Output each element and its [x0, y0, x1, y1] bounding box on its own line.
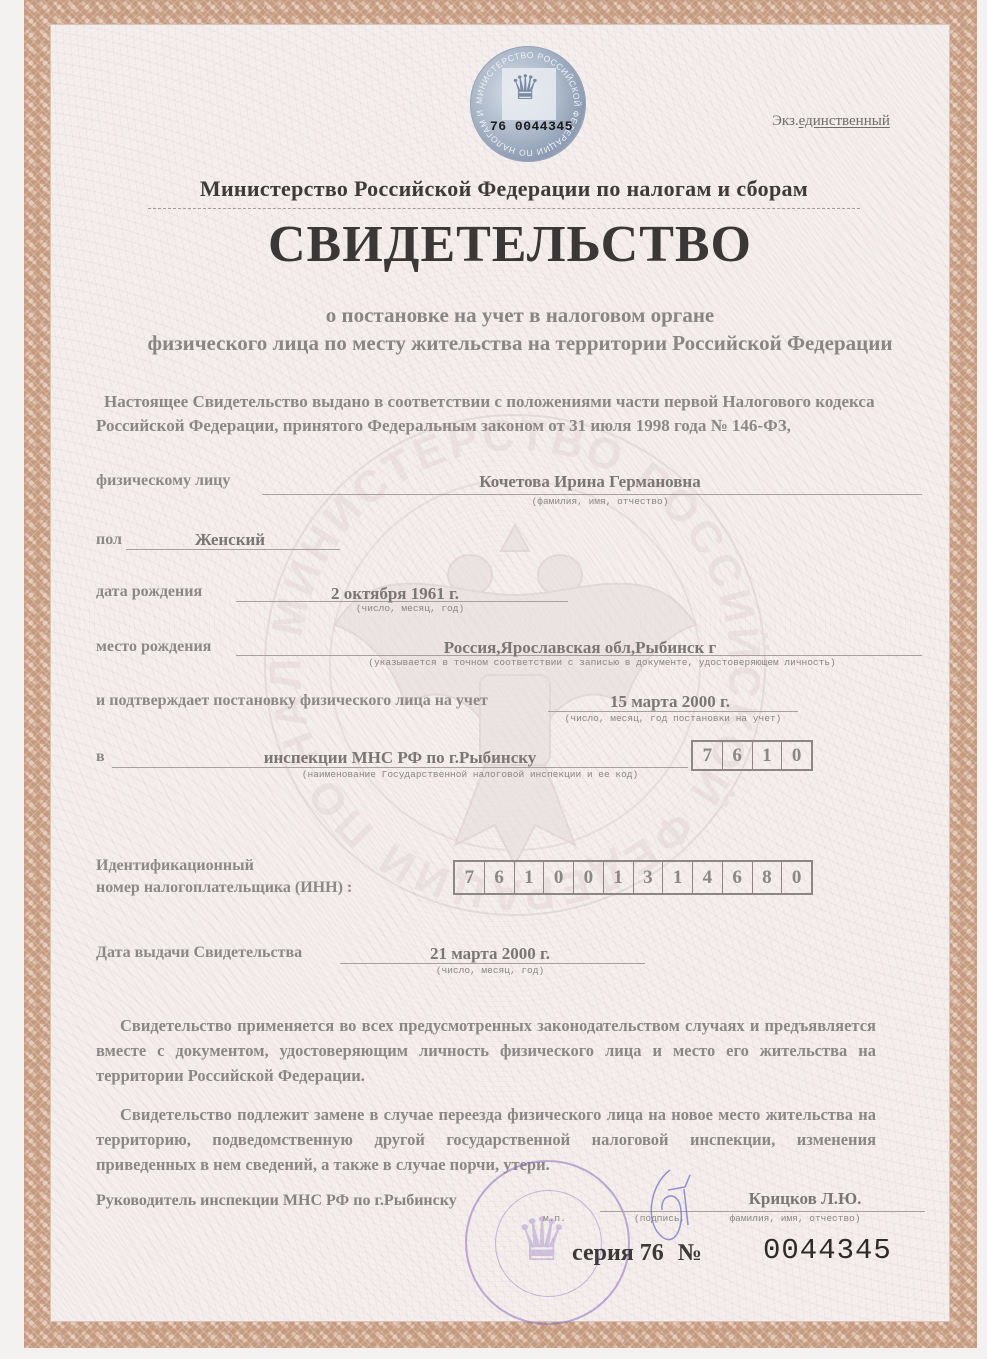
issue-date-value: 21 марта 2000 г. — [400, 944, 580, 964]
hologram-number: 76 0044345 — [490, 119, 573, 134]
issue-date-label: Дата выдачи Свидетельства — [96, 944, 302, 962]
intro-paragraph: Настоящее Свидетельство выдано в соответ… — [96, 390, 938, 438]
inn-digit: 7 — [455, 862, 485, 893]
registration-hint: (число, месяц, год постановки на учет) — [548, 713, 798, 724]
replacement-paragraph: Свидетельство подлежит замене в случае п… — [96, 1102, 876, 1177]
birth-date-label: дата рождения — [96, 583, 202, 601]
inn-digit: 4 — [693, 862, 723, 893]
double-headed-eagle-icon: ♛ — [510, 72, 540, 106]
tax-office-code-digit: 6 — [723, 742, 753, 769]
tax-office-hint: (наименование Государственной налоговой … — [250, 769, 690, 780]
ministry-name: Министерство Российской Федерации по нал… — [148, 176, 860, 209]
series-word: серия — [572, 1240, 634, 1266]
head-name: Крицков Л.Ю. — [730, 1189, 880, 1209]
number-sign: № — [678, 1240, 702, 1266]
tax-office-code-digit: 0 — [782, 742, 811, 769]
tax-office-label: в — [96, 748, 105, 766]
person-label: физическому лицу — [96, 472, 230, 490]
birth-place-label: место рождения — [96, 638, 211, 656]
copy-label: Экз.единственный — [772, 113, 890, 130]
series-value: 76 — [640, 1240, 664, 1266]
tax-office-code-box: 7610 — [691, 740, 813, 771]
head-position-label: Руководитель инспекции МНС РФ по г.Рыбин… — [96, 1192, 457, 1210]
inn-digit: 8 — [753, 862, 783, 893]
copy-label-value: единственный — [799, 113, 890, 129]
person-value: Кочетова Ирина Германовна — [420, 472, 760, 492]
birth-date-value: 2 октября 1961 г. — [300, 584, 490, 604]
inn-digit: 0 — [544, 862, 574, 893]
registration-value: 15 марта 2000 г. — [580, 692, 760, 712]
inn-label-line-2: номер налогоплательщика (ИНН) : — [96, 879, 352, 897]
tax-office-value: инспекции МНС РФ по г.Рыбинску — [230, 748, 570, 768]
inn-label-line-1: Идентификационный — [96, 857, 254, 875]
person-hint: (фамилия, имя, отчество) — [500, 496, 700, 507]
subtitle-line-1: о постановке на учет в налоговом органе — [100, 303, 940, 328]
registration-label: и подтверждает постановку физического ли… — [96, 692, 488, 710]
seal-hint: м.п. — [543, 1213, 566, 1224]
inn-box: 761001314680 — [453, 860, 813, 895]
tax-office-code-digit: 7 — [693, 742, 723, 769]
inn-digit: 1 — [604, 862, 634, 893]
document-title: СВИДЕТЕЛЬСТВО — [140, 215, 880, 274]
inn-digit: 0 — [574, 862, 604, 893]
inn-digit: 0 — [782, 862, 811, 893]
inn-digit: 3 — [634, 862, 664, 893]
birth-date-hint: (число, месяц, год) — [330, 603, 490, 614]
birth-place-hint: (указывается в точном соответствии с зап… — [322, 657, 882, 668]
inn-digit: 1 — [663, 862, 693, 893]
birth-place-value: Россия,Ярославская обл,Рыбинск г — [400, 638, 760, 658]
certificate-number: 0044345 — [763, 1234, 892, 1267]
inn-digit: 6 — [485, 862, 515, 893]
sex-value: Женский — [160, 530, 300, 550]
series-label: серия 76 № — [572, 1240, 702, 1267]
subtitle-line-2: физического лица по месту жительства на … — [100, 331, 940, 356]
issue-date-hint: (число, месяц, год) — [420, 965, 560, 976]
copy-label-prefix: Экз. — [772, 113, 799, 129]
tax-office-code-digit: 1 — [753, 742, 783, 769]
inn-digit: 1 — [515, 862, 545, 893]
person-line — [262, 494, 922, 495]
sex-label: пол — [96, 531, 122, 549]
head-name-hint: фамилия, имя, отчество) — [705, 1213, 885, 1224]
usage-paragraph: Свидетельство применяется во всех предус… — [96, 1013, 876, 1088]
inn-digit: 6 — [723, 862, 753, 893]
hologram-seal: МИНИСТЕРСТВО РОССИЙСКОЙ ФЕДЕРАЦИИ ПО НАЛ… — [470, 46, 586, 162]
